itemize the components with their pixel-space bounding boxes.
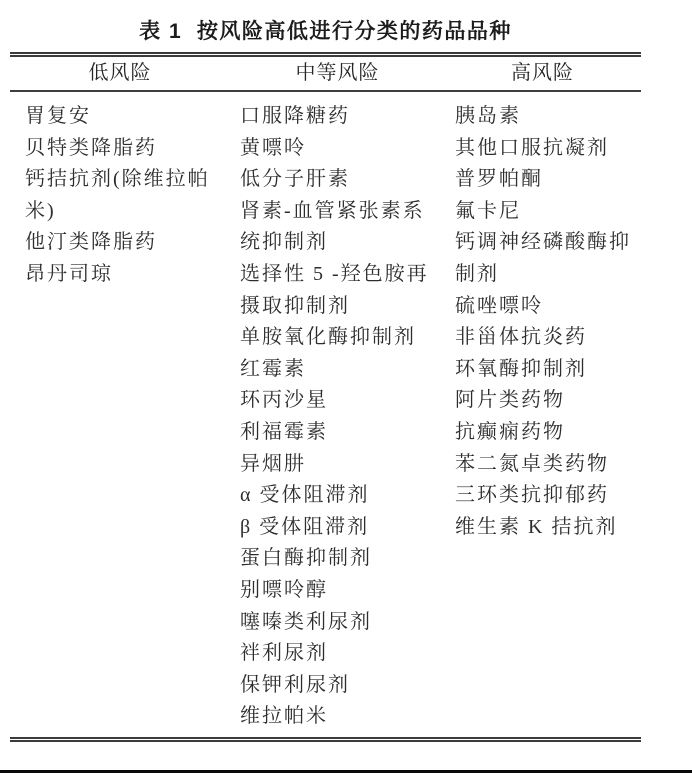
drug-item: 选择性 5 -羟色胺再 [240, 259, 429, 291]
drug-item: 维拉帕米 [240, 701, 429, 733]
drug-item: 钙调神经磷酸酶抑 [455, 227, 631, 259]
drug-item: 黄嘌呤 [240, 133, 429, 165]
column-header-low-risk: 低风险 [10, 58, 230, 88]
drug-item-wrap: 统抑制剂 [240, 227, 429, 259]
drug-item: 红霉素 [240, 354, 429, 386]
drug-item: 口服降糖药 [240, 101, 429, 133]
drug-item: 异烟肼 [240, 449, 429, 481]
drug-item: 袢利尿剂 [240, 638, 429, 670]
table-top-rule [10, 52, 641, 57]
drug-item: 阿片类药物 [455, 385, 631, 417]
drug-item: 肾素-血管紧张素系 [240, 196, 429, 228]
drug-item: 普罗帕酮 [455, 164, 631, 196]
drug-item-wrap: 制剂 [455, 259, 631, 291]
column-low-risk: 胃复安 贝特类降脂药 钙拮抗剂(除维拉帕 米) 他汀类降脂药 昂丹司琼 [25, 101, 210, 291]
drug-item: 低分子肝素 [240, 164, 429, 196]
drug-item: 噻嗪类利尿剂 [240, 607, 429, 639]
drug-item: 胰岛素 [455, 101, 631, 133]
drug-item: 保钾利尿剂 [240, 670, 429, 702]
drug-item: β 受体阻滞剂 [240, 512, 429, 544]
column-header-high-risk: 高风险 [455, 58, 630, 88]
drug-item: α 受体阻滞剂 [240, 480, 429, 512]
drug-item: 利福霉素 [240, 417, 429, 449]
drug-item: 苯二氮卓类药物 [455, 449, 631, 481]
column-high-risk: 胰岛素 其他口服抗凝剂 普罗帕酮 氟卡尼 钙调神经磷酸酶抑 制剂 硫唑嘌呤 非甾… [455, 101, 631, 543]
drug-item: 抗癫痫药物 [455, 417, 631, 449]
drug-item: 其他口服抗凝剂 [455, 133, 631, 165]
drug-item: 贝特类降脂药 [25, 133, 210, 165]
drug-item: 单胺氧化酶抑制剂 [240, 322, 429, 354]
drug-item: 钙拮抗剂(除维拉帕 [25, 164, 210, 196]
drug-item: 硫唑嘌呤 [455, 291, 631, 323]
document-page: 表 1 按风险高低进行分类的药品品种 低风险 中等风险 高风险 胃复安 贝特类降… [0, 0, 692, 777]
header-separator-rule [10, 90, 641, 92]
drug-item: 环丙沙星 [240, 385, 429, 417]
drug-item-wrap: 摄取抑制剂 [240, 291, 429, 323]
drug-item: 三环类抗抑郁药 [455, 480, 631, 512]
drug-item: 昂丹司琼 [25, 259, 210, 291]
drug-item-wrap: 米) [25, 196, 210, 228]
drug-item: 蛋白酶抑制剂 [240, 543, 429, 575]
drug-item: 胃复安 [25, 101, 210, 133]
page-footer-rule [0, 770, 692, 773]
drug-item: 氟卡尼 [455, 196, 631, 228]
drug-item: 环氧酶抑制剂 [455, 354, 631, 386]
column-medium-risk: 口服降糖药 黄嘌呤 低分子肝素 肾素-血管紧张素系 统抑制剂 选择性 5 -羟色… [240, 101, 429, 733]
drug-item: 别嘌呤醇 [240, 575, 429, 607]
drug-item: 非甾体抗炎药 [455, 322, 631, 354]
drug-item: 他汀类降脂药 [25, 227, 210, 259]
table-bottom-rule [10, 737, 641, 742]
table-caption: 表 1 按风险高低进行分类的药品品种 [10, 15, 641, 45]
column-header-medium-risk: 中等风险 [235, 58, 440, 88]
drug-item: 维生素 K 拮抗剂 [455, 512, 631, 544]
